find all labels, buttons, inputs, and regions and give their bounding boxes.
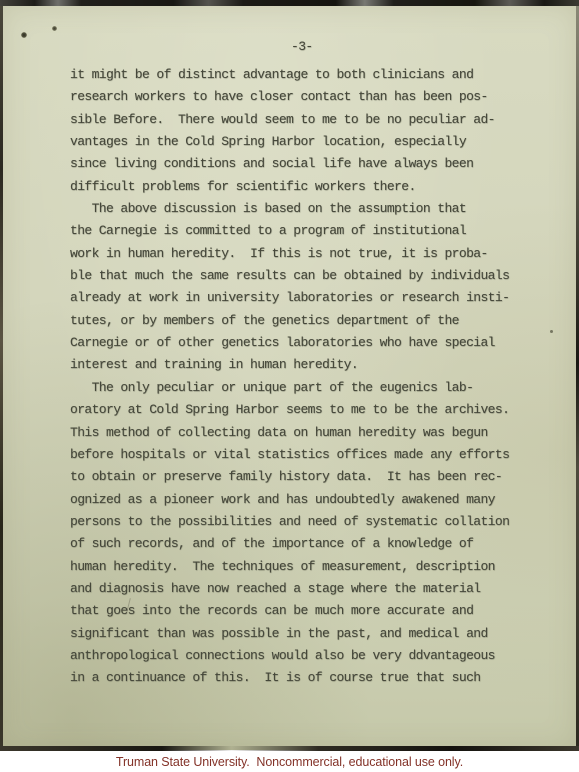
page-number: -3- xyxy=(291,39,313,54)
typewritten-text: it might be of distinct advantage to bot… xyxy=(70,64,530,690)
text-line: of such records, and of the importance o… xyxy=(70,533,530,555)
text-line: vantages in the Cold Spring Harbor locat… xyxy=(70,131,530,153)
text-line: significant than was possible in the pas… xyxy=(70,623,530,645)
text-line: already at work in university laboratori… xyxy=(70,287,530,309)
text-line: in a continuance of this. It is of cours… xyxy=(70,667,530,689)
text-line: sible Before. There would seem to me to … xyxy=(70,109,530,131)
text-line: human heredity. The techniques of measur… xyxy=(70,556,530,578)
pin-hole xyxy=(52,26,57,31)
text-line: interest and training in human heredity. xyxy=(70,354,530,376)
text-line: oratory at Cold Spring Harbor seems to m… xyxy=(70,399,530,421)
scan-speck xyxy=(550,330,553,333)
text-line: persons to the possibilities and need of… xyxy=(70,511,530,533)
text-line: difficult problems for scientific worker… xyxy=(70,176,530,198)
text-line: that goes into the records can be much m… xyxy=(70,600,530,622)
text-line: the Carnegie is committed to a program o… xyxy=(70,220,530,242)
text-line: to obtain or preserve family history dat… xyxy=(70,466,530,488)
attribution-bar: Truman State University. Noncommercial, … xyxy=(0,751,579,772)
text-line: anthropological connections would also b… xyxy=(70,645,530,667)
text-line: tutes, or by members of the genetics dep… xyxy=(70,310,530,332)
text-line: work in human heredity. If this is not t… xyxy=(70,243,530,265)
pin-hole xyxy=(21,32,27,38)
text-line: since living conditions and social life … xyxy=(70,153,530,175)
attribution-caption: Truman State University. Noncommercial, … xyxy=(116,755,463,769)
text-line: This method of collecting data on human … xyxy=(70,422,530,444)
scanned-document-page: -3- it might be of distinct advantage to… xyxy=(0,0,579,772)
text-line: before hospitals or vital statistics off… xyxy=(70,444,530,466)
text-line: it might be of distinct advantage to bot… xyxy=(70,64,530,86)
text-line: and diagnosis have now reached a stage w… xyxy=(70,578,530,600)
scan-edge-left xyxy=(0,6,3,750)
text-line: research workers to have closer contact … xyxy=(70,86,530,108)
text-line: The only peculiar or unique part of the … xyxy=(70,377,530,399)
text-line: ognized as a pioneer work and has undoub… xyxy=(70,489,530,511)
text-line: The above discussion is based on the ass… xyxy=(70,198,530,220)
text-line: Carnegie or of other genetics laboratori… xyxy=(70,332,530,354)
text-line: ble that much the same results can be ob… xyxy=(70,265,530,287)
